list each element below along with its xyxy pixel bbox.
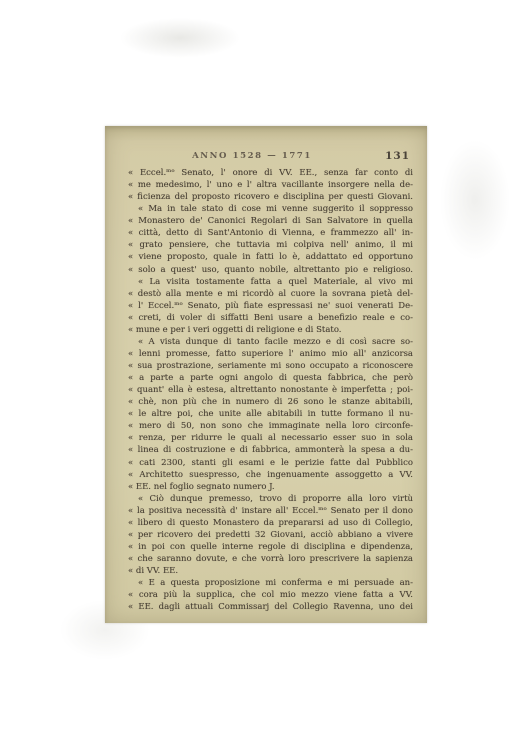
text-line: « La visita tostamente fatta a quel Mate… — [128, 276, 413, 288]
text-line: « libero di questo Monastero da preparar… — [128, 517, 413, 529]
page-header: ANNO 1528 — 1771 131 — [105, 151, 427, 164]
text-line: « per ricovero dei predetti 32 Giovani, … — [128, 529, 413, 541]
text-line: « solo a quest' uso, quanto nobile, altr… — [128, 264, 413, 276]
text-line: « Ma in tale stato di cose mi venne sugg… — [128, 203, 413, 215]
text-line: « EE. nel foglio segnato numero J. — [128, 481, 413, 493]
text-line: « mero di 50, non sono che immaginate ne… — [128, 420, 413, 432]
text-line: « lenni promesse, fatto superiore l' ani… — [128, 348, 413, 360]
text-line: « destò alla mente e mi ricordò al cuore… — [128, 288, 413, 300]
scan-artifact — [440, 140, 510, 260]
text-line: « cati 2300, stanti gli esami e le periz… — [128, 457, 413, 469]
text-line: « chè, non più che in numero di 26 sono … — [128, 396, 413, 408]
text-line: « sua prostrazione, seriamente mi sono o… — [128, 360, 413, 372]
scan-artifact — [120, 18, 240, 58]
text-line: « di VV. EE. — [128, 565, 413, 577]
body-text-block: « Eccel.ᵐᵒ Senato, l' onore di VV. EE., … — [128, 167, 413, 613]
text-line: « Ciò dunque premesso, trovo di proporre… — [128, 493, 413, 505]
text-line: « renza, per ridurre le quali al necessa… — [128, 432, 413, 444]
text-line: « Monastero de' Canonici Regolari di San… — [128, 215, 413, 227]
text-line: « in poi con quelle interne regole di di… — [128, 541, 413, 553]
text-line: « EE. dagli attuali Commissarj del Colle… — [128, 601, 413, 613]
text-line: « A vista dunque di tanto facile mezzo e… — [128, 336, 413, 348]
text-line: « me medesimo, l' uno e l' altra vacilla… — [128, 179, 413, 191]
text-line: « quant' ella è estesa, altrettanto nono… — [128, 384, 413, 396]
text-line: « mune e per i veri oggetti di religione… — [128, 324, 413, 336]
text-line: « Eccel.ᵐᵒ Senato, l' onore di VV. EE., … — [128, 167, 413, 179]
text-line: « viene proposto, quale in fatti lo è, a… — [128, 251, 413, 263]
text-line: « cora più la supplica, che col mio mezz… — [128, 589, 413, 601]
text-line: « a parte a parte ogni angolo di questa … — [128, 372, 413, 384]
text-line: « creti, di voler di siffatti Beni usare… — [128, 312, 413, 324]
text-line: « la positiva necessità d' instare all' … — [128, 505, 413, 517]
text-line: « grato pensiere, che tuttavia mi colpiv… — [128, 239, 413, 251]
text-line: « le altre poi, che unite alle abitabili… — [128, 408, 413, 420]
scanned-book-page: ANNO 1528 — 1771 131 « Eccel.ᵐᵒ Senato, … — [105, 126, 427, 623]
text-line: « città, detto di Sant'Antonio di Vienna… — [128, 227, 413, 239]
header-year-range: ANNO 1528 — 1771 — [91, 151, 413, 161]
text-line: « E a questa proposizione mi conferma e … — [128, 577, 413, 589]
text-line: « che saranno dovute, e che vorrà loro p… — [128, 553, 413, 565]
page-number: 131 — [385, 150, 410, 162]
text-line: « l' Eccel.ᵐᵒ Senato, più fiate espressa… — [128, 300, 413, 312]
text-line: « Architetto suespresso, che ingenuament… — [128, 469, 413, 481]
text-line: « ficienza del proposto ricovero e disci… — [128, 191, 413, 203]
text-line: « linea di costruzione e di fabbrica, am… — [128, 444, 413, 456]
